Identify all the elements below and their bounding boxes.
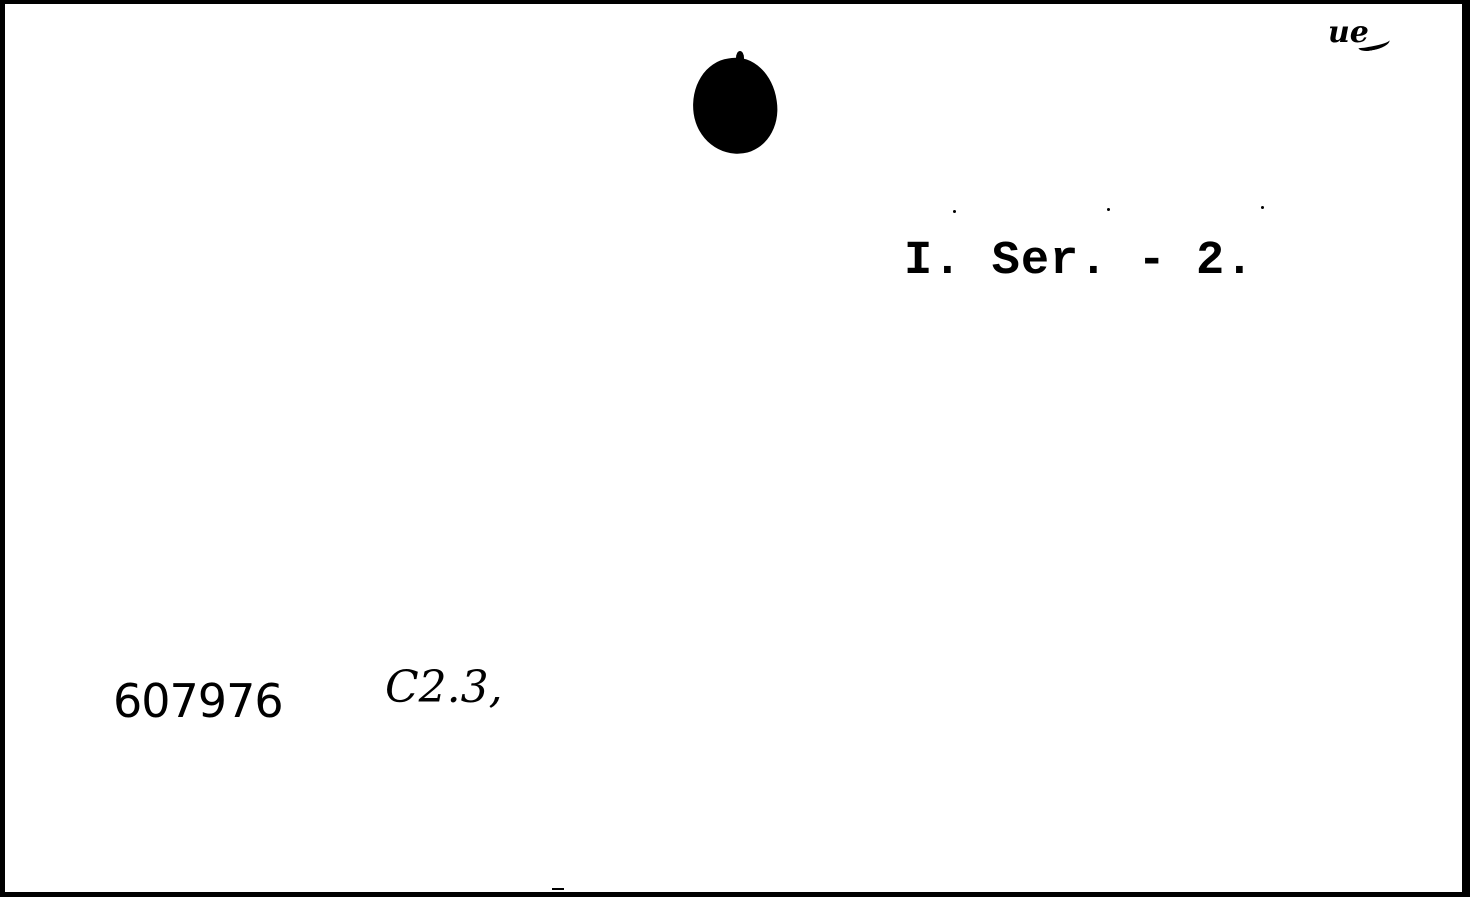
series-label: I. Ser. - 2.	[904, 238, 1254, 285]
scan-speck	[552, 888, 564, 890]
handwritten-shelf-mark: C2.3,	[385, 666, 503, 710]
accession-number: 607976	[113, 678, 283, 724]
punch-hole-nub	[736, 51, 744, 65]
typed-dot-mark	[1107, 208, 1110, 211]
typed-dot-mark	[953, 210, 956, 213]
typed-dot-mark	[1261, 206, 1264, 209]
